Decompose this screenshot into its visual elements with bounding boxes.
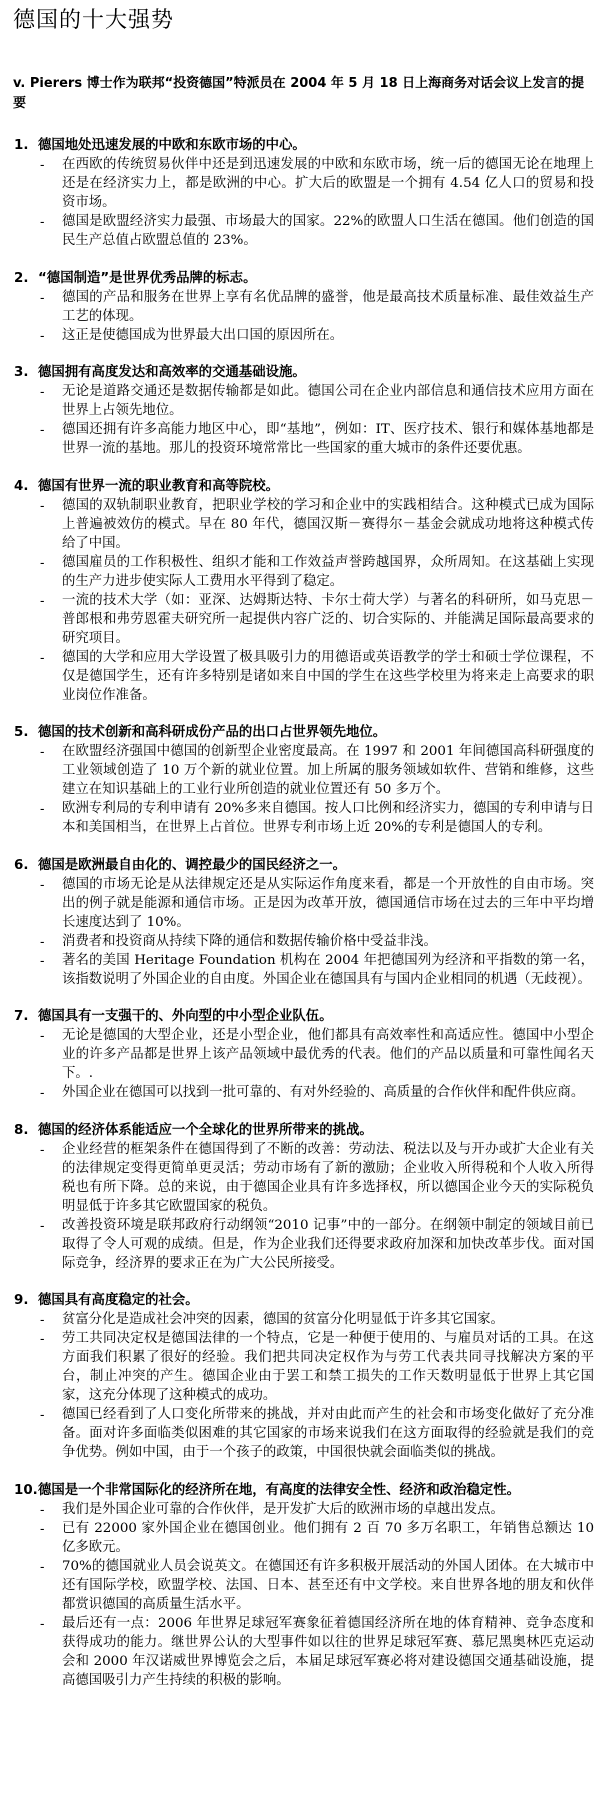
section-title: 德国的经济体系能适应一个全球化的世界所带来的挑战。 [38,1121,373,1140]
section-6: 6.德国是欧洲最自由化的、调控最少的国民经济之一。-德国的市场无论是从法律规定还… [0,856,604,989]
dash-bullet-icon: - [40,1405,44,1424]
dash-bullet-icon: - [40,1519,44,1538]
bullet-text: 著名的美国 Heritage Foundation 机构在 2004 年把德国列… [62,953,594,987]
section-number: 8. [14,1121,28,1140]
bullet-text: 无论是道路交通还是数据传输都是如此。德国公司在企业内部信息和通信技术应用方面在世… [62,384,594,418]
bullet-text: 劳工共同决定权是德国法律的一个特点，它是一种便于使用的、与雇员对话的工具。在这方… [62,1331,594,1403]
section-number: 3. [14,363,28,382]
document-title: 德国的十大强势 [13,6,174,36]
section-heading: 8.德国的经济体系能适应一个全球化的世界所带来的挑战。 [0,1121,604,1140]
bullet-list: -我们是外国企业可靠的合作伙伴，是开发扩大后的欧洲市场的卓越出发点。-已有 22… [0,1500,604,1690]
section-heading: 6.德国是欧洲最自由化的、调控最少的国民经济之一。 [0,856,604,875]
dash-bullet-icon: - [40,591,44,610]
list-item: -消费者和投资商从持续下降的通信和数据传输价格中受益非浅。 [0,932,604,951]
bullet-text: 消费者和投资商从持续下降的通信和数据传输价格中受益非浅。 [62,934,437,949]
bullet-list: -无论是道路交通还是数据传输都是如此。德国公司在企业内部信息和通信技术应用方面在… [0,382,604,458]
dash-bullet-icon: - [40,648,44,667]
section-heading: 1.德国地处迅速发展的中欧和东欧市场的中心。 [0,136,604,155]
sections-list: 1.德国地处迅速发展的中欧和东欧市场的中心。-在西欧的传统贸易伙伴中还是到迅速发… [0,136,604,1708]
list-item: -最后还有一点：2006 年世界足球冠军赛象征着德国经济所在地的体育精神、竞争态… [0,1614,604,1690]
bullet-text: 最后还有一点：2006 年世界足球冠军赛象征着德国经济所在地的体育精神、竞争态度… [62,1616,594,1688]
section-heading: 7.德国具有一支强干的、外向型的中小型企业队伍。 [0,1007,604,1026]
section-number: 1. [14,136,28,155]
section-number: 7. [14,1007,28,1026]
section-title: 德国地处迅速发展的中欧和东欧市场的中心。 [38,136,306,155]
section-number: 2. [14,269,28,288]
dash-bullet-icon: - [40,1614,44,1633]
section-title: 德国拥有高度发达和高效率的交通基础设施。 [38,363,306,382]
bullet-text: 德国的市场无论是从法律规定还是从实际运作角度来看，都是一个开放性的自由市场。突出… [62,877,594,930]
bullet-list: -德国的市场无论是从法律规定还是从实际运作角度来看，都是一个开放性的自由市场。突… [0,875,604,989]
section-number: 10. [14,1481,38,1500]
dash-bullet-icon: - [40,212,44,231]
list-item: -劳工共同决定权是德国法律的一个特点，它是一种便于使用的、与雇员对话的工具。在这… [0,1329,604,1405]
bullet-text: 一流的技术大学（如：亚深、达姆斯达特、卡尔士荷大学）与著名的科研所，如马克思－普… [62,593,594,646]
dash-bullet-icon: - [40,382,44,401]
dash-bullet-icon: - [40,1557,44,1576]
section-heading: 10.德国是一个非常国际化的经济所在地，有高度的法律安全性、经济和政治稳定性。 [0,1481,604,1500]
list-item: -贫富分化是造成社会冲突的因素，德国的贫富分化明显低于许多其它国家。 [0,1310,604,1329]
bullet-list: -德国的双轨制职业教育，把职业学校的学习和企业中的实践相结合。这种模式已成为国际… [0,496,604,705]
list-item: -企业经营的框架条件在德国得到了不断的改善：劳动法、税法以及与开办或扩大企业有关… [0,1140,604,1216]
bullet-text: 德国的产品和服务在世界上享有名优品牌的盛誉，他是最高技术质量标准、最佳效益生产工… [62,290,594,324]
section-8: 8.德国的经济体系能适应一个全球化的世界所带来的挑战。-企业经营的框架条件在德国… [0,1121,604,1273]
bullet-text: 德国还拥有许多高能力地区中心，即“基地”，例如：IT、医疗技术、银行和媒体基地都… [62,422,594,456]
section-title: 德国有世界一流的职业教育和高等院校。 [38,477,279,496]
dash-bullet-icon: - [40,420,44,439]
dash-bullet-icon: - [40,553,44,572]
bullet-text: 欧洲专利局的专利申请有 20%多来自德国。按人口比例和经济实力，德国的专利申请与… [62,801,594,835]
section-heading: 4.德国有世界一流的职业教育和高等院校。 [0,477,604,496]
bullet-text: 改善投资环境是联邦政府行动纲领“2010 记事”中的一部分。在纲领中制定的领域目… [62,1218,594,1271]
bullet-text: 70%的德国就业人员会说英文。在德国还有许多积极开展活动的外国人团体。在大城市中… [62,1559,594,1612]
section-5: 5.德国的技术创新和高科研成份产品的出口占世界领先地位。-在欧盟经济强国中德国的… [0,723,604,837]
list-item: -著名的美国 Heritage Foundation 机构在 2004 年把德国… [0,951,604,989]
list-item: -德国是欧盟经济实力最强、市场最大的国家。22%的欧盟人口生活在德国。他们创造的… [0,212,604,250]
bullet-list: -德国的产品和服务在世界上享有名优品牌的盛誉，他是最高技术质量标准、最佳效益生产… [0,288,604,345]
bullet-text: 无论是德国的大型企业，还是小型企业，他们都具有高效率性和高适应性。德国中小型企业… [62,1028,594,1081]
list-item: -德国还拥有许多高能力地区中心，即“基地”，例如：IT、医疗技术、银行和媒体基地… [0,420,604,458]
bullet-text: 这正是使德国成为世界最大出口国的原因所在。 [62,328,343,343]
section-title: “德国制造”是世界优秀品牌的标志。 [38,269,256,288]
bullet-text: 外国企业在德国可以找到一批可靠的、有对外经验的、高质量的合作伙伴和配件供应商。 [62,1085,584,1100]
bullet-list: -在欧盟经济强国中德国的创新型企业密度最高。在 1997 和 2001 年间德国… [0,742,604,837]
dash-bullet-icon: - [40,742,44,761]
list-item: -德国雇员的工作积极性、组织才能和工作效益声誉跨越国界，众所周知。在这基础上实现… [0,553,604,591]
list-item: -已有 22000 家外国企业在德国创业。他们拥有 2 百 70 多万名职工，年… [0,1519,604,1557]
dash-bullet-icon: - [40,1329,44,1348]
section-heading: 9.德国具有高度稳定的社会。 [0,1291,604,1310]
section-heading: 5.德国的技术创新和高科研成份产品的出口占世界领先地位。 [0,723,604,742]
list-item: -外国企业在德国可以找到一批可靠的、有对外经验的、高质量的合作伙伴和配件供应商。 [0,1083,604,1102]
bullet-text: 在西欧的传统贸易伙伴中还是到迅速发展的中欧和东欧市场，统一后的德国无论在地理上还… [62,157,594,210]
list-item: -在西欧的传统贸易伙伴中还是到迅速发展的中欧和东欧市场，统一后的德国无论在地理上… [0,155,604,212]
section-9: 9.德国具有高度稳定的社会。-贫富分化是造成社会冲突的因素，德国的贫富分化明显低… [0,1291,604,1462]
section-title: 德国是欧洲最自由化的、调控最少的国民经济之一。 [38,856,346,875]
section-heading: 3.德国拥有高度发达和高效率的交通基础设施。 [0,363,604,382]
dash-bullet-icon: - [40,288,44,307]
dash-bullet-icon: - [40,1140,44,1159]
section-7: 7.德国具有一支强干的、外向型的中小型企业队伍。-无论是德国的大型企业，还是小型… [0,1007,604,1102]
dash-bullet-icon: - [40,326,44,345]
section-number: 4. [14,477,28,496]
dash-bullet-icon: - [40,1216,44,1235]
dash-bullet-icon: - [40,932,44,951]
list-item: -70%的德国就业人员会说英文。在德国还有许多积极开展活动的外国人团体。在大城市… [0,1557,604,1614]
section-title: 德国具有高度稳定的社会。 [38,1291,199,1310]
bullet-text: 德国是欧盟经济实力最强、市场最大的国家。22%的欧盟人口生活在德国。他们创造的国… [62,214,594,248]
section-4: 4.德国有世界一流的职业教育和高等院校。-德国的双轨制职业教育，把职业学校的学习… [0,477,604,705]
dash-bullet-icon: - [40,1026,44,1045]
bullet-list: -企业经营的框架条件在德国得到了不断的改善：劳动法、税法以及与开办或扩大企业有关… [0,1140,604,1273]
section-number: 6. [14,856,28,875]
section-3: 3.德国拥有高度发达和高效率的交通基础设施。-无论是道路交通还是数据传输都是如此… [0,363,604,458]
bullet-text: 我们是外国企业可靠的合作伙伴，是开发扩大后的欧洲市场的卓越出发点。 [62,1502,504,1517]
dash-bullet-icon: - [40,496,44,515]
dash-bullet-icon: - [40,1083,44,1102]
bullet-list: -无论是德国的大型企业，还是小型企业，他们都具有高效率性和高适应性。德国中小型企… [0,1026,604,1102]
bullet-list: -贫富分化是造成社会冲突的因素，德国的贫富分化明显低于许多其它国家。-劳工共同决… [0,1310,604,1462]
section-title: 德国的技术创新和高科研成份产品的出口占世界领先地位。 [38,723,386,742]
bullet-text: 德国雇员的工作积极性、组织才能和工作效益声誉跨越国界，众所周知。在这基础上实现的… [62,555,594,589]
bullet-text: 德国已经看到了人口变化所带来的挑战，并对由此而产生的社会和市场变化做好了充分准备… [62,1407,594,1460]
dash-bullet-icon: - [40,875,44,894]
dash-bullet-icon: - [40,1310,44,1329]
bullet-text: 贫富分化是造成社会冲突的因素，德国的贫富分化明显低于许多其它国家。 [62,1312,504,1327]
list-item: -德国已经看到了人口变化所带来的挑战，并对由此而产生的社会和市场变化做好了充分准… [0,1405,604,1462]
list-item: -这正是使德国成为世界最大出口国的原因所在。 [0,326,604,345]
list-item: -德国的双轨制职业教育，把职业学校的学习和企业中的实践相结合。这种模式已成为国际… [0,496,604,553]
bullet-list: -在西欧的传统贸易伙伴中还是到迅速发展的中欧和东欧市场，统一后的德国无论在地理上… [0,155,604,250]
list-item: -在欧盟经济强国中德国的创新型企业密度最高。在 1997 和 2001 年间德国… [0,742,604,799]
bullet-text: 企业经营的框架条件在德国得到了不断的改善：劳动法、税法以及与开办或扩大企业有关的… [62,1142,594,1214]
section-1: 1.德国地处迅速发展的中欧和东欧市场的中心。-在西欧的传统贸易伙伴中还是到迅速发… [0,136,604,250]
section-title: 德国具有一支强干的、外向型的中小型企业队伍。 [38,1007,333,1026]
section-number: 5. [14,723,28,742]
list-item: -德国的产品和服务在世界上享有名优品牌的盛誉，他是最高技术质量标准、最佳效益生产… [0,288,604,326]
bullet-text: 已有 22000 家外国企业在德国创业。他们拥有 2 百 70 多万名职工，年销… [62,1521,594,1555]
document-subtitle: v. Pierers 博士作为联邦“投资德国”特派员在 2004 年 5 月 1… [13,74,593,114]
list-item: -无论是道路交通还是数据传输都是如此。德国公司在企业内部信息和通信技术应用方面在… [0,382,604,420]
dash-bullet-icon: - [40,155,44,174]
bullet-text: 德国的大学和应用大学设置了极具吸引力的用德语或英语教学的学士和硕士学位课程，不仅… [62,650,594,703]
list-item: -欧洲专利局的专利申请有 20%多来自德国。按人口比例和经济实力，德国的专利申请… [0,799,604,837]
bullet-text: 在欧盟经济强国中德国的创新型企业密度最高。在 1997 和 2001 年间德国高… [62,744,594,797]
section-number: 9. [14,1291,28,1310]
section-heading: 2.“德国制造”是世界优秀品牌的标志。 [0,269,604,288]
dash-bullet-icon: - [40,799,44,818]
list-item: -德国的市场无论是从法律规定还是从实际运作角度来看，都是一个开放性的自由市场。突… [0,875,604,932]
section-2: 2.“德国制造”是世界优秀品牌的标志。-德国的产品和服务在世界上享有名优品牌的盛… [0,269,604,345]
list-item: -改善投资环境是联邦政府行动纲领“2010 记事”中的一部分。在纲领中制定的领域… [0,1216,604,1273]
list-item: -无论是德国的大型企业，还是小型企业，他们都具有高效率性和高适应性。德国中小型企… [0,1026,604,1083]
section-10: 10.德国是一个非常国际化的经济所在地，有高度的法律安全性、经济和政治稳定性。-… [0,1481,604,1690]
list-item: -一流的技术大学（如：亚深、达姆斯达特、卡尔士荷大学）与著名的科研所，如马克思－… [0,591,604,648]
list-item: -我们是外国企业可靠的合作伙伴，是开发扩大后的欧洲市场的卓越出发点。 [0,1500,604,1519]
bullet-text: 德国的双轨制职业教育，把职业学校的学习和企业中的实践相结合。这种模式已成为国际上… [62,498,594,551]
dash-bullet-icon: - [40,1500,44,1519]
section-title: 德国是一个非常国际化的经济所在地，有高度的法律安全性、经济和政治稳定性。 [38,1481,520,1500]
list-item: -德国的大学和应用大学设置了极具吸引力的用德语或英语教学的学士和硕士学位课程，不… [0,648,604,705]
dash-bullet-icon: - [40,951,44,970]
